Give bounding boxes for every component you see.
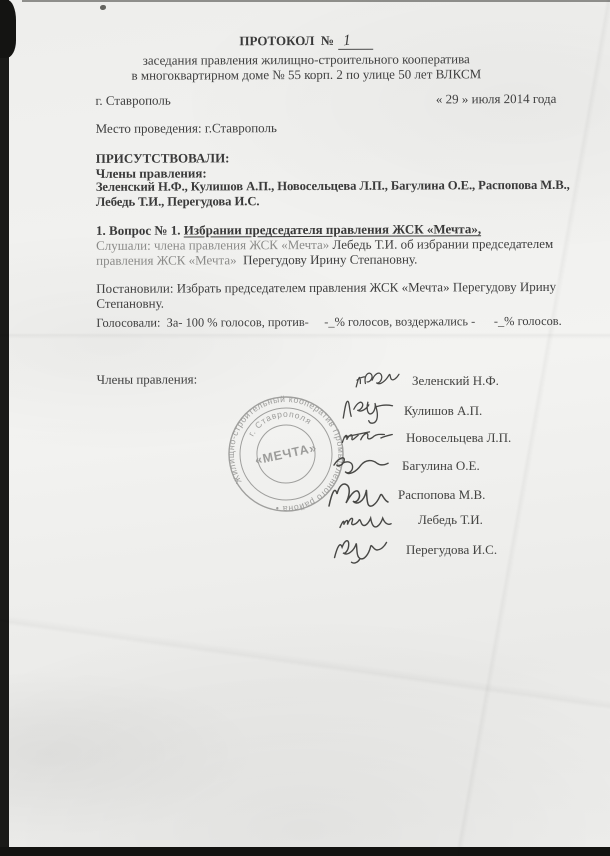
- signature-stroke-zelenskiy: [352, 366, 404, 396]
- heard-line-1-faint: Слушали: члена правления ЖСК «Мечта»: [96, 237, 332, 253]
- signatory-name: Лебедь Т.И.: [418, 512, 483, 528]
- signature-stroke-novoseltseva: [338, 424, 394, 452]
- title-text: ПРОТОКОЛ №: [239, 33, 334, 48]
- resolved-line-2: Степановну.: [96, 296, 164, 311]
- signatory-name: Зеленский Н.Ф.: [412, 373, 499, 389]
- signatory-name: Багулина О.Е.: [402, 458, 480, 474]
- scan-edge-left: [0, 0, 9, 856]
- city-label: г. Ставрополь: [95, 93, 170, 109]
- signature-stroke-kulishov: [338, 395, 396, 427]
- agenda-item-heading: 1. Вопрос № 1. Избрании председателя пра…: [96, 221, 481, 238]
- scan-edge-bottom: [0, 847, 610, 856]
- city-date-row: г. Ставрополь « 29 » июля 2014 года: [95, 91, 556, 109]
- attended-heading: ПРИСУТСТВОВАЛИ:: [96, 150, 230, 166]
- members-line-1: Зеленский Н.Ф., Кулишов А.П., Новосельце…: [96, 178, 570, 195]
- signatory-name: Перегудова И.С.: [406, 542, 497, 558]
- heard-line-2-rest: Перегудову Ирину Степановну.: [243, 252, 417, 268]
- signature-stroke-lebed: [336, 507, 396, 533]
- signature-row: Кулишов А.П.: [338, 395, 482, 427]
- handwritten-protocol-number: 1: [338, 33, 373, 50]
- scan-edge-top: [22, 0, 610, 2]
- document-title: ПРОТОКОЛ №1: [60, 32, 552, 51]
- signatory-name: Распопова М.В.: [398, 487, 485, 503]
- signature-row: Зеленский Н.Ф.: [352, 366, 499, 396]
- scan-corner-shadow: [0, 0, 16, 58]
- signatory-name: Новосельцева Л.П.: [406, 430, 511, 446]
- signature-row: Новосельцева Л.П.: [338, 424, 511, 452]
- signature-stroke-bagulina: [330, 452, 392, 480]
- heard-line-2-faint: правления ЖСК «Мечта»: [96, 252, 243, 268]
- members-line-2: Лебедь Т.И., Перегудова И.С.: [96, 194, 260, 210]
- signature-row: Перегудова И.С.: [330, 533, 497, 567]
- stamp-center-name: «МЕЧТА»: [254, 441, 318, 468]
- date-label: « 29 » июля 2014 года: [436, 91, 557, 108]
- heard-line-1-rest: Лебедь Т.И. об избрании председателем: [332, 236, 553, 252]
- heard-line-2: правления ЖСК «Мечта» Перегудову Ирину С…: [96, 252, 417, 268]
- agenda-item-prefix: 1. Вопрос № 1.: [96, 223, 184, 238]
- protocol-number: 1: [343, 33, 351, 49]
- heard-line-1: Слушали: члена правления ЖСК «Мечта» Леб…: [96, 236, 553, 253]
- signatory-name: Кулишов А.П.: [404, 403, 482, 419]
- title-subtitle-2: в многоквартирном доме № 55 корп. 2 по у…: [60, 66, 552, 83]
- voting-line: Голосовали: За- 100 % голосов, против- -…: [96, 314, 561, 331]
- paper-speck: [100, 5, 106, 10]
- resolved-line-1: Постановили: Избрать председателем правл…: [96, 279, 556, 296]
- agenda-item-title: Избрании председателя правления ЖСК «Меч…: [184, 221, 481, 237]
- venue-line: Место проведения: г.Ставрополь: [96, 120, 277, 136]
- scanned-protocol-page: ПРОТОКОЛ №1 заседания правления жилищно-…: [0, 0, 610, 856]
- signature-stroke-peregudova: [330, 533, 392, 567]
- signature-row: Багулина О.Е.: [330, 452, 480, 480]
- signature-row: Лебедь Т.И.: [336, 507, 483, 533]
